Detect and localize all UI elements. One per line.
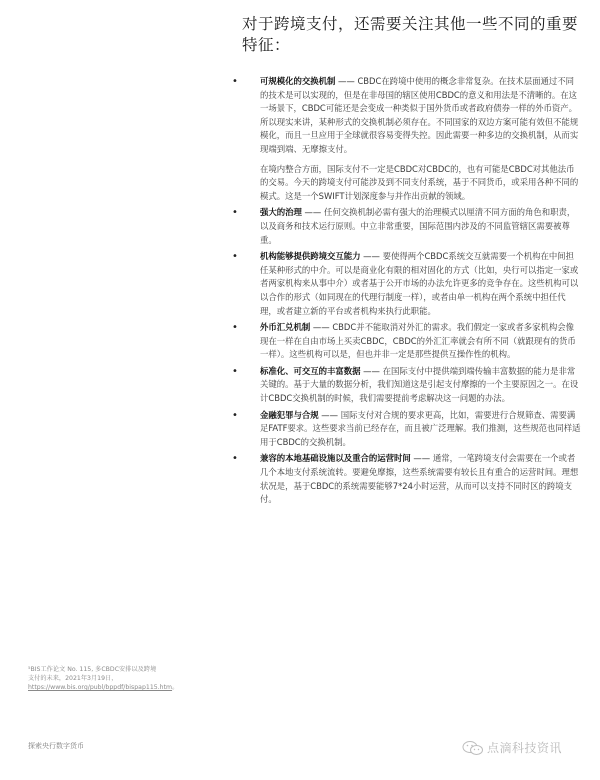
item-term: 金融犯罪与合规: [260, 410, 319, 420]
em-dash: ——: [361, 366, 383, 376]
em-dash: ——: [310, 322, 332, 332]
em-dash: ——: [335, 76, 357, 86]
bullet-icon: •: [232, 409, 238, 423]
page-footer-title: 探索央行数字货币: [28, 741, 84, 751]
item-term: 兼容的本地基础设施以及重合的运营时间: [260, 453, 411, 463]
em-dash: ——: [411, 453, 433, 463]
list-item: • 兼容的本地基础设施以及重合的运营时间 —— 通常，一笔跨境支付会需要在一个或…: [232, 452, 582, 506]
item-term: 外币汇兑机制: [260, 322, 310, 332]
watermark-text: 点滴科技资讯: [487, 739, 562, 756]
list-item: • 可规模化的交换机制 —— CBDC在跨境中使用的概念非常复杂。在技术层面通过…: [232, 75, 582, 203]
footnote-suffix: 。: [172, 684, 178, 691]
bullet-icon: •: [232, 452, 238, 466]
bullet-icon: •: [232, 250, 238, 264]
wechat-icon: [462, 740, 484, 756]
watermark: 点滴科技资讯: [462, 739, 562, 756]
em-dash: ——: [302, 207, 324, 217]
item-term: 标准化、可交互的丰富数据: [260, 366, 361, 376]
bullet-icon: •: [232, 75, 238, 89]
bullet-icon: •: [232, 365, 238, 379]
footnote-link[interactable]: https://www.bis.org/publ/bppdf/bispap115…: [28, 684, 172, 691]
feature-list: • 可规模化的交换机制 —— CBDC在跨境中使用的概念非常复杂。在技术层面通过…: [232, 75, 582, 510]
list-item: • 外币汇兑机制 —— CBDC并不能取消对外汇的需求。我们假定一家或者多家机构…: [232, 321, 582, 362]
list-item: • 金融犯罪与合规 —— 国际支付对合规的要求更高，比如，需要进行合规筛查、需要…: [232, 409, 582, 450]
footnote-text: ⁵BIS工作论文 No. 115, 多CBDC安排以及跨境支付的未来，2021年…: [28, 666, 156, 682]
item-text: CBDC在跨境中使用的概念非常复杂。在技术层面通过不同的技术是可以实现的，但是在…: [260, 76, 578, 154]
item-term: 可规模化的交换机制: [260, 76, 335, 86]
item-term: 机构能够提供跨境交互能力: [260, 251, 361, 261]
list-item: • 机构能够提供跨境交互能力 —— 要使得两个CBDC系统交互就需要一个机构在中…: [232, 250, 582, 318]
page-heading: 对于跨境支付，还需要关注其他一些不同的重要特征：: [242, 14, 582, 56]
em-dash: ——: [319, 410, 341, 420]
bullet-icon: •: [232, 321, 238, 335]
bullet-icon: •: [232, 206, 238, 220]
footnote: ⁵BIS工作论文 No. 115, 多CBDC安排以及跨境支付的未来，2021年…: [28, 665, 158, 693]
list-item: • 标准化、可交互的丰富数据 —— 在国际支付中提供端到端传输丰富数据的能力是非…: [232, 365, 582, 406]
em-dash: ——: [361, 251, 383, 261]
item-term: 强大的治理: [260, 207, 302, 217]
list-item: • 强大的治理 —— 任何交换机制必需有强大的治理模式以厘清不同方面的角色和职责…: [232, 206, 582, 247]
item-text-secondary: 在境内整合方面，国际支付不一定是CBDC对CBDC的，也有可能是CBDC对其他法…: [260, 163, 582, 204]
